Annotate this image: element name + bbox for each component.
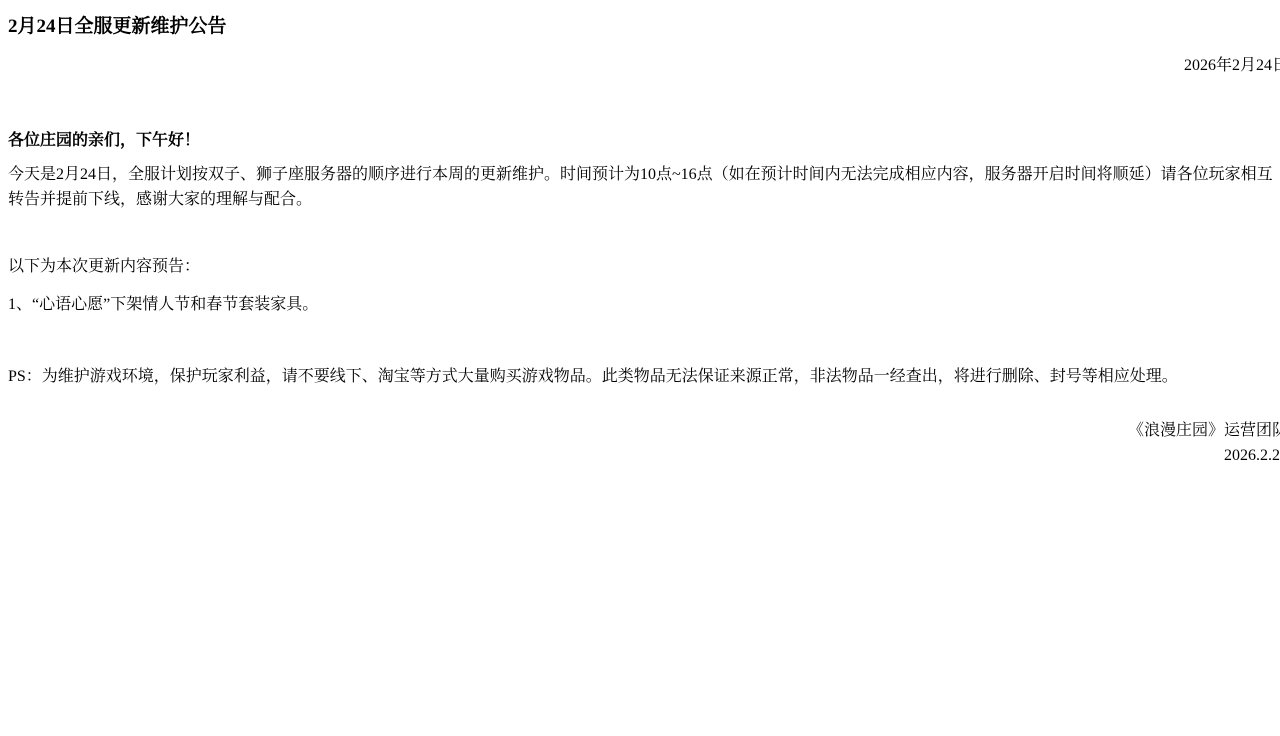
ps-warning-paragraph: PS：为维护游戏环境，保护玩家利益，请不要线下、淘宝等方式大量购买游戏物品。此类…: [8, 365, 1280, 390]
signature-date: 2026.2.24: [1224, 447, 1280, 464]
greeting-line: 各位庄园的亲们，下午好！: [8, 129, 1280, 154]
update-preview-intro: 以下为本次更新内容预告：: [8, 255, 1280, 280]
announcement-body: 2月24日全服更新维护公告 2026年2月24日 各位庄园的亲们，下午好！ 今天…: [8, 16, 1280, 469]
signature-block: 《浪漫庄园》运营团队 2026.2.24: [8, 419, 1280, 469]
update-preview-item-1: 1、“心语心愿”下架情人节和春节套装家具。: [8, 293, 1280, 318]
publish-date: 2026年2月24日: [8, 54, 1280, 79]
announcement-title: 2月24日全服更新维护公告: [8, 16, 1280, 39]
announcement-page: { "announcement": { "title": "2月24日全服更新维…: [8, 16, 1280, 736]
maintenance-notice-paragraph: 今天是2月24日，全服计划按双子、狮子座服务器的顺序进行本周的更新维护。时间预计…: [8, 163, 1280, 213]
signature-team: 《浪漫庄园》运营团队: [1128, 422, 1280, 439]
